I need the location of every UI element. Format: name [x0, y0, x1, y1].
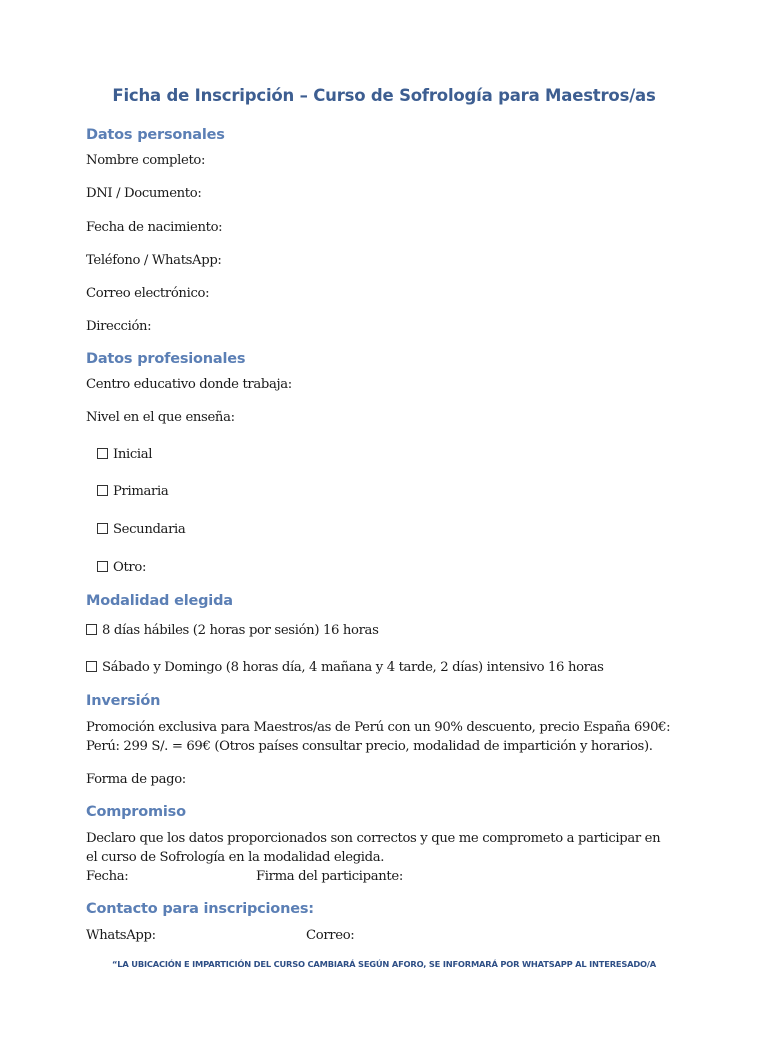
checkbox-icon[interactable] [97, 523, 108, 534]
section-heading-modality: Modalidad elegida [86, 593, 233, 609]
level-label: Otro: [113, 560, 146, 575]
level-label: Primaria [113, 484, 168, 499]
section-heading-investment: Inversión [86, 693, 160, 709]
commitment-text-line2: el curso de Sofrología en la modalidad e… [86, 850, 384, 865]
field-full-name: Nombre completo: [86, 153, 205, 168]
checkbox-icon[interactable] [97, 485, 108, 496]
section-heading-contact: Contacto para inscripciones: [86, 901, 314, 917]
field-dni: DNI / Documento: [86, 186, 201, 201]
modality-label: 8 días hábiles (2 horas por sesión) 16 h… [102, 623, 379, 638]
footer-note: “LA UBICACIÓN E IMPARTICIÓN DEL CURSO CA… [0, 959, 768, 969]
level-option-secundaria[interactable]: Secundaria [97, 522, 185, 537]
field-payment-method: Forma de pago: [86, 772, 186, 787]
level-option-inicial[interactable]: Inicial [97, 447, 152, 462]
modality-label: Sábado y Domingo (8 horas día, 4 mañana … [102, 660, 604, 675]
checkbox-icon[interactable] [86, 624, 97, 635]
registration-form-page: Ficha de Inscripción – Curso de Sofrolog… [0, 0, 768, 1044]
modality-option-weekdays[interactable]: 8 días hábiles (2 horas por sesión) 16 h… [86, 623, 379, 638]
field-address: Dirección: [86, 319, 151, 334]
level-option-otro[interactable]: Otro: [97, 560, 146, 575]
section-heading-commitment: Compromiso [86, 804, 186, 820]
contact-whatsapp: WhatsApp: [86, 928, 156, 943]
field-phone: Teléfono / WhatsApp: [86, 253, 222, 268]
investment-text-line1: Promoción exclusiva para Maestros/as de … [86, 720, 670, 735]
contact-email: Correo: [306, 928, 354, 943]
field-teaching-level: Nivel en el que enseña: [86, 410, 235, 425]
document-title: Ficha de Inscripción – Curso de Sofrolog… [0, 86, 768, 105]
field-date: Fecha: [86, 869, 128, 884]
field-email: Correo electrónico: [86, 286, 209, 301]
commitment-text-line1: Declaro que los datos proporcionados son… [86, 831, 660, 846]
field-birthdate: Fecha de nacimiento: [86, 220, 222, 235]
checkbox-icon[interactable] [97, 448, 108, 459]
modality-option-weekend[interactable]: Sábado y Domingo (8 horas día, 4 mañana … [86, 660, 604, 675]
field-signature: Firma del participante: [256, 869, 403, 884]
checkbox-icon[interactable] [86, 661, 97, 672]
level-option-primaria[interactable]: Primaria [97, 484, 168, 499]
checkbox-icon[interactable] [97, 561, 108, 572]
section-heading-professional: Datos profesionales [86, 351, 245, 367]
field-school: Centro educativo donde trabaja: [86, 377, 292, 392]
level-label: Inicial [113, 447, 152, 462]
section-heading-personal: Datos personales [86, 127, 225, 143]
level-label: Secundaria [113, 522, 185, 537]
investment-text-line2: Perú: 299 S/. = 69€ (Otros países consul… [86, 739, 653, 754]
